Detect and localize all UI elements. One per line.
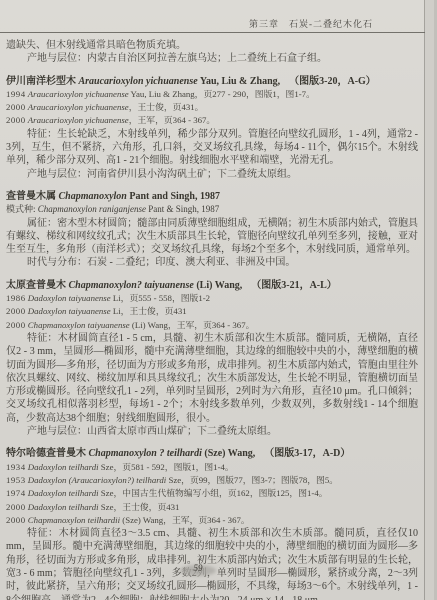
species-name-latin: Chapmanoxylon? taiyuanense <box>69 280 194 291</box>
species-name-latin: Chapmanoxylon ? teilhardi <box>89 448 202 459</box>
citation-rest: Yau, Liu & Zhang，页277 - 290，图版1，图1-7。 <box>129 89 315 99</box>
citation-rest: Sze，王士俊，页431 <box>99 502 180 512</box>
citation-species-latin: Chapmanoxylon teilhardii <box>28 515 120 525</box>
citation-line: 1986 Dadoxylon taiyuanense Li，页555 - 558… <box>6 292 418 305</box>
citation-species-latin: Dadoxylon taiyuanense <box>28 306 111 316</box>
citation-rest: ，王士俊，页431。 <box>129 102 204 112</box>
para-continuation: 遗缺失、但木射线通常具暗色物质充填。 <box>6 39 418 52</box>
citation-species-latin: Araucarioxylon yichuanense <box>28 115 129 125</box>
citation-line: 1934 Dadoxylon teilhardi Sze，页581 - 592，… <box>6 461 418 474</box>
species-heading-cn: 太原查普曼木 <box>6 280 66 291</box>
citation-rest: Li，王士俊，页431 <box>111 306 187 316</box>
citation-species-latin: Dadoxylon teilhardi <box>28 462 99 472</box>
citation-species-latin: Araucarioxylon yichuanense <box>28 89 129 99</box>
citation-year: 1934 <box>6 462 26 472</box>
type-species-label: 模式种: <box>6 204 36 214</box>
header-rule <box>0 32 426 33</box>
body-text: 遗缺失、但木射线通常具暗色物质充填。 产地与层位：内蒙古自治区阿拉善左旗乌达；上… <box>6 39 418 600</box>
species-heading: 特尔哈德查普曼木 Chapmanoxylon ? teilhardi (Sze)… <box>6 447 418 460</box>
citation-line: 2000 Araucarioxylon yichuanense，王军，页364 … <box>6 114 418 127</box>
citation-rest: ，王军，页364 - 367。 <box>129 115 216 125</box>
species-name-latin: Araucarioxylon yichuanense <box>79 76 198 87</box>
species-heading-cn: 伊川南洋杉型木 <box>6 76 76 87</box>
plate-reference: （图版3-20，A-G） <box>289 76 376 87</box>
citation-rest: (Li) Wang，王军，页364 - 367。 <box>130 320 255 330</box>
genus-heading: 查普曼木属 Chapmanoxylon Pant and Singh, 1987 <box>6 190 418 203</box>
citation-year: 2000 <box>6 502 26 512</box>
citation-rest: Li，页555 - 558，图版1-2 <box>111 293 210 303</box>
distribution-paragraph: 时代与分布：石炭 - 二叠纪；印度、澳大利亚、非洲及中国。 <box>6 256 418 269</box>
citation-rest: (Sze) Wang，王军，页364 - 367。 <box>120 515 250 525</box>
page-number-area: 59 <box>180 563 216 578</box>
citation-year: 2000 <box>6 320 26 330</box>
species-heading-authors: Yau, Liu & Zhang, <box>200 76 280 87</box>
citation-year: 2000 <box>6 515 26 525</box>
species-heading: 伊川南洋杉型木 Araucarioxylon yichuanense Yau, … <box>6 75 418 88</box>
genus-name-latin: Chapmanoxylon <box>59 191 127 202</box>
citation-rest: Sze，中国古生代植物编写小组，页162，图版125，图1-4。 <box>99 488 328 498</box>
citation-species-latin: Araucarioxylon yichuanense <box>28 102 129 112</box>
locality-paragraph: 产地与层位：河南省伊川县小沟沟矾土矿；下二叠统太原组。 <box>6 168 418 181</box>
citation-species-latin: Dadoxylon teilhardi <box>28 502 99 512</box>
genus-diagnosis-paragraph: 属征：密木型木材圆筒；髓部由同质薄壁细胞组成，无横隔；初生木质部内始式，管胞具有… <box>6 217 418 257</box>
scanned-book-page: 第三章 石炭-二叠纪木化石 遗缺失、但木射线通常具暗色物质充填。 产地与层位：内… <box>0 0 437 600</box>
citation-line: 1953 Dadoxylon (Araucarioxylon?) teilhar… <box>6 474 418 487</box>
type-species-latin: Chapmanoxylon raniganjense <box>38 204 146 214</box>
type-species-authors: Pant & Singh, 1987 <box>146 204 219 214</box>
citation-species-latin: Chapmanoxylon taiyuanense <box>28 320 130 330</box>
species-heading-authors: (Sze) Wang, <box>204 448 255 459</box>
citation-line: 2000 Chapmanoxylon taiyuanense (Li) Wang… <box>6 319 418 332</box>
species-heading-cn: 特尔哈德查普曼木 <box>6 448 86 459</box>
citation-line: 2000 Dadoxylon taiyuanense Li，王士俊，页431 <box>6 305 418 318</box>
features-paragraph: 特征：生长轮缺乏，木射线单列，稀少部分双列。管胞径向壁纹孔圆形，1 - 4列，通… <box>6 128 418 168</box>
citation-species-latin: Dadoxylon teilhardi <box>28 488 99 498</box>
citation-year: 1986 <box>6 293 26 303</box>
citation-year: 1974 <box>6 488 26 498</box>
type-species-line: 模式种: Chapmanoxylon raniganjense Pant & S… <box>6 203 418 216</box>
plate-reference: （图版3-17，A-D） <box>264 448 350 459</box>
citation-year: 1953 <box>6 475 26 485</box>
citation-species-latin: Dadoxylon taiyuanense <box>28 293 111 303</box>
section-genus-chapmanoxylon: 查普曼木属 Chapmanoxylon Pant and Singh, 1987… <box>6 190 418 270</box>
section-chapmanoxylon-taiyuanense: 太原查普曼木 Chapmanoxylon? taiyuanense (Li) W… <box>6 279 418 439</box>
locality-paragraph: 产地与层位：山西省太原市西山煤矿；下二叠统太原组。 <box>6 425 418 438</box>
citation-species-latin: Dadoxylon (Araucarioxylon?) teilhardi <box>28 475 166 485</box>
citation-year: 1994 <box>6 89 26 99</box>
citation-rest: Sze，页581 - 592，图版1，图1-4。 <box>99 462 234 472</box>
citation-line: 2000 Araucarioxylon yichuanense，王士俊，页431… <box>6 101 418 114</box>
citation-line: 2000 Dadoxylon teilhardi Sze，王士俊，页431 <box>6 501 418 514</box>
section-araucarioxylon-yichuanense: 伊川南洋杉型木 Araucarioxylon yichuanense Yau, … <box>6 75 418 181</box>
plate-reference: （图版3-21，A-L） <box>251 280 337 291</box>
citation-year: 2000 <box>6 115 26 125</box>
chapter-header: 第三章 石炭-二叠纪木化石 <box>0 17 425 30</box>
page-number: 59 <box>180 563 216 573</box>
citation-year: 2000 <box>6 102 26 112</box>
genus-heading-authors: Pant and Singh, 1987 <box>129 191 220 202</box>
genus-heading-cn: 查普曼木属 <box>6 191 56 202</box>
citation-line: 1974 Dadoxylon teilhardi Sze，中国古生代植物编写小组… <box>6 487 418 500</box>
citation-line: 2000 Chapmanoxylon teilhardii (Sze) Wang… <box>6 514 418 527</box>
citation-line: 1994 Araucarioxylon yichuanense Yau, Liu… <box>6 88 418 101</box>
citation-year: 2000 <box>6 306 26 316</box>
citation-rest: Sze，页99，图版77，图3-7；图版78，图5。 <box>166 475 338 485</box>
locality-paragraph: 产地与层位：内蒙古自治区阿拉善左旗乌达；上二叠统上石盒子组。 <box>6 52 418 65</box>
features-paragraph: 特征：木材圆筒直径1 - 5 cm，具髓、初生木质部和次生木质部。髓同质，无横隔… <box>6 332 418 425</box>
species-heading: 太原查普曼木 Chapmanoxylon? taiyuanense (Li) W… <box>6 279 418 292</box>
species-heading-authors: (Li) Wang, <box>196 280 242 291</box>
